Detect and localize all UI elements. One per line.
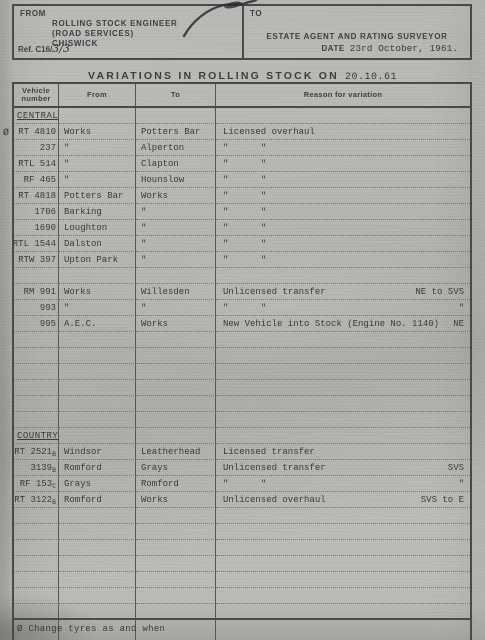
- vehicle-number: 995: [40, 319, 56, 330]
- from-label: FROM: [20, 9, 46, 18]
- reference-number: Ref. C16/3/3: [18, 42, 70, 55]
- cell-from: [59, 348, 136, 364]
- cell-vehicle-number: [14, 268, 59, 284]
- cell-vehicle-number: [14, 396, 59, 412]
- table-row: [14, 572, 470, 588]
- cell-to: [136, 572, 216, 588]
- cell-to: [136, 428, 216, 444]
- cell-from: [59, 508, 136, 524]
- cell-from: [59, 540, 136, 556]
- vehicle-number-suffix: B: [52, 500, 56, 506]
- cell-to: Works: [136, 316, 216, 332]
- cell-reason: [216, 620, 470, 640]
- cell-to: ": [136, 236, 216, 252]
- cell-vehicle-number: RM 991: [14, 284, 59, 300]
- reason-text: " ": [223, 223, 266, 234]
- table-row: [14, 380, 470, 396]
- to-box: TO ESTATE AGENT AND RATING SURVEYOR DATE…: [244, 6, 470, 58]
- table-row: Ø RT 4810 Works Potters Bar Licensed ove…: [14, 124, 470, 140]
- row-margin-symbol: Ø: [3, 128, 9, 139]
- cell-reason: " ": [216, 172, 470, 188]
- cell-to: Willesden: [136, 284, 216, 300]
- cell-reason: " ": [216, 188, 470, 204]
- vehicle-number-suffix: B: [52, 468, 56, 474]
- reason-text: " ": [223, 191, 266, 202]
- cell-reason: " ": [216, 156, 470, 172]
- vehicle-number: COUNTRY: [17, 431, 58, 442]
- cell-from: [59, 412, 136, 428]
- from-address: ROLLING STOCK ENGINEER (ROAD SERVICES) C…: [52, 19, 177, 49]
- cell-from: [59, 364, 136, 380]
- from-line-3: CHISWICK: [52, 39, 177, 49]
- table-row: [14, 540, 470, 556]
- cell-reason: [216, 556, 470, 572]
- cell-from: [59, 108, 136, 124]
- cell-to: ": [136, 204, 216, 220]
- cell-reason: Unlicensed transferSVS: [216, 460, 470, 476]
- cell-vehicle-number: COUNTRY: [14, 428, 59, 444]
- cell-from: [59, 332, 136, 348]
- reason-text: " ": [223, 143, 266, 154]
- cell-vehicle-number: RTL 1544: [14, 236, 59, 252]
- table-row: 1690 Loughton " " ": [14, 220, 470, 236]
- cell-from: [59, 428, 136, 444]
- cell-to: [136, 540, 216, 556]
- cell-reason: [216, 268, 470, 284]
- cell-vehicle-number: [14, 348, 59, 364]
- table-row: 3139B Romford Grays Unlicensed transferS…: [14, 460, 470, 476]
- cell-vehicle-number: 1690: [14, 220, 59, 236]
- from-line-2: (ROAD SERVICES): [52, 29, 177, 39]
- column-header-from: From: [59, 84, 136, 106]
- header-box: FROM ROLLING STOCK ENGINEER (ROAD SERVIC…: [12, 4, 472, 60]
- table-row: [14, 588, 470, 604]
- table-row: RTL 1544 Dalston " " ": [14, 236, 470, 252]
- vehicle-number: RM 991: [24, 287, 56, 298]
- cell-to: [136, 364, 216, 380]
- cell-reason: [216, 412, 470, 428]
- from-line-1: ROLLING STOCK ENGINEER: [52, 19, 177, 29]
- cell-to: [136, 348, 216, 364]
- cell-vehicle-number: 993: [14, 300, 59, 316]
- table-row: 995 A.E.C. Works New Vehicle into Stock …: [14, 316, 470, 332]
- cell-from: Works: [59, 284, 136, 300]
- cell-from: Loughton: [59, 220, 136, 236]
- cell-from: Barking: [59, 204, 136, 220]
- cell-vehicle-number: RT 4810: [14, 124, 59, 140]
- date-value: 23rd October, 1961.: [350, 43, 458, 54]
- reason-right-note: SVS: [448, 463, 464, 474]
- reason-text: New Vehicle into Stock (Engine No. 1140): [223, 319, 439, 330]
- cell-to: ": [136, 300, 216, 316]
- ref-printed: Ref. C16/: [18, 45, 52, 54]
- cell-vehicle-number: [14, 380, 59, 396]
- cell-to: [136, 268, 216, 284]
- reason-right-note: NE to SVS: [415, 287, 464, 298]
- cell-to: Works: [136, 188, 216, 204]
- cell-to: Alperton: [136, 140, 216, 156]
- cell-from: [59, 572, 136, 588]
- vehicle-number: CENTRAL: [17, 111, 58, 122]
- table-row: RTW 397 Upton Park " " ": [14, 252, 470, 268]
- cell-from: ": [59, 156, 136, 172]
- cell-to: Romford: [136, 476, 216, 492]
- cell-to: [136, 556, 216, 572]
- reason-right-note: NE: [453, 319, 464, 330]
- reason-text: " ": [223, 175, 266, 186]
- from-box: FROM ROLLING STOCK ENGINEER (ROAD SERVIC…: [14, 6, 244, 58]
- table-row: [14, 524, 470, 540]
- cell-reason: " "": [216, 476, 470, 492]
- reason-text: " ": [223, 239, 266, 250]
- title-printed-text: VARIATIONS IN ROLLING STOCK ON: [88, 70, 339, 82]
- cell-reason: " ": [216, 220, 470, 236]
- cell-from: ": [59, 140, 136, 156]
- table-row: [14, 412, 470, 428]
- reason-right-note: ": [459, 303, 464, 314]
- cell-vehicle-number: [14, 412, 59, 428]
- reason-right-note: SVS to E: [421, 495, 464, 506]
- cell-reason: " ": [216, 252, 470, 268]
- table-row: [14, 396, 470, 412]
- column-header-vehicle-number: Vehicle number: [14, 84, 59, 106]
- table-row: RTL 514 " Clapton " ": [14, 156, 470, 172]
- table-row: RF 153C Grays Romford " "": [14, 476, 470, 492]
- cell-vehicle-number: CENTRAL: [14, 108, 59, 124]
- cell-from: A.E.C.: [59, 316, 136, 332]
- cell-reason: [216, 508, 470, 524]
- cell-reason: [216, 540, 470, 556]
- vehicle-number: RT 2521: [14, 447, 52, 458]
- table-header-row: Vehicle number From To Reason for variat…: [14, 84, 470, 108]
- cell-vehicle-number: RF 153C: [14, 476, 59, 492]
- cell-from: [59, 588, 136, 604]
- column-header-reason: Reason for variation: [216, 84, 470, 106]
- cell-vehicle-number: [14, 524, 59, 540]
- vehicle-number: RTL 514: [18, 159, 56, 170]
- vehicle-number: RF 465: [24, 175, 56, 186]
- reason-text: " ": [223, 159, 266, 170]
- cell-to: [136, 588, 216, 604]
- cell-reason: [216, 108, 470, 124]
- cell-to: Grays: [136, 460, 216, 476]
- reason-text: " ": [223, 207, 266, 218]
- cell-to: [136, 508, 216, 524]
- cell-reason: " ": [216, 140, 470, 156]
- cell-vehicle-number: 3139B: [14, 460, 59, 476]
- cell-vehicle-number: RTW 397: [14, 252, 59, 268]
- reason-text: " ": [223, 479, 266, 490]
- cell-from: [59, 604, 136, 620]
- vehicle-number: 1706: [34, 207, 56, 218]
- cell-to: Hounslow: [136, 172, 216, 188]
- cell-to: Clapton: [136, 156, 216, 172]
- table-row: [14, 348, 470, 364]
- date-label: DATE: [321, 44, 344, 53]
- cell-to: ": [136, 220, 216, 236]
- cell-vehicle-number: [14, 508, 59, 524]
- cell-from: [59, 380, 136, 396]
- cell-reason: [216, 332, 470, 348]
- column-header-to: To: [136, 84, 216, 106]
- cell-from: Works: [59, 124, 136, 140]
- cell-to: ": [136, 252, 216, 268]
- cell-reason: Licensed overhaul: [216, 124, 470, 140]
- cell-from: ": [59, 172, 136, 188]
- table-row: 993 " " " "": [14, 300, 470, 316]
- cell-vehicle-number: RT 3122B: [14, 492, 59, 508]
- cell-reason: [216, 604, 470, 620]
- table-row: [14, 268, 470, 284]
- table-body: CENTRAL Ø RT 4810 Works Potters Bar Lice…: [14, 108, 470, 640]
- cell-vehicle-number: [14, 588, 59, 604]
- cell-vehicle-number: [14, 604, 59, 620]
- cell-reason: " "": [216, 300, 470, 316]
- reason-text: " ": [223, 255, 266, 266]
- cell-to: [136, 412, 216, 428]
- cell-from: [59, 556, 136, 572]
- scanned-document-page: FROM ROLLING STOCK ENGINEER (ROAD SERVIC…: [0, 0, 485, 640]
- cell-from: Upton Park: [59, 252, 136, 268]
- table-row: COUNTRY: [14, 428, 470, 444]
- cell-reason: [216, 572, 470, 588]
- cell-vehicle-number: RT 2521B: [14, 444, 59, 460]
- cell-from: [59, 396, 136, 412]
- reason-text: Unlicensed transfer: [223, 287, 326, 298]
- cell-vehicle-number: 1706: [14, 204, 59, 220]
- cell-from: Grays: [59, 476, 136, 492]
- table-row: [14, 556, 470, 572]
- cell-reason: [216, 588, 470, 604]
- reason-text: Licensed overhaul: [223, 127, 315, 138]
- cell-from: Romford: [59, 460, 136, 476]
- vehicle-number: 1690: [34, 223, 56, 234]
- reason-text: Unlicensed overhaul: [223, 495, 326, 506]
- cell-reason: [216, 524, 470, 540]
- cell-reason: New Vehicle into Stock (Engine No. 1140)…: [216, 316, 470, 332]
- cell-vehicle-number: RTL 514: [14, 156, 59, 172]
- reason-text: Licensed transfer: [223, 447, 315, 458]
- cell-to: [136, 396, 216, 412]
- cell-to: [136, 332, 216, 348]
- cell-reason: Unlicensed overhaulSVS to E: [216, 492, 470, 508]
- cell-reason: [216, 396, 470, 412]
- cell-vehicle-number: 237: [14, 140, 59, 156]
- cell-vehicle-number: [14, 572, 59, 588]
- vehicle-number: RTW 397: [18, 255, 56, 266]
- cell-vehicle-number: [14, 364, 59, 380]
- cell-to: Potters Bar: [136, 124, 216, 140]
- cell-from: Potters Bar: [59, 188, 136, 204]
- cell-reason: Unlicensed transferNE to SVS: [216, 284, 470, 300]
- variations-table: Vehicle number From To Reason for variat…: [12, 82, 472, 640]
- cell-vehicle-number: RT 4818: [14, 188, 59, 204]
- cell-reason: " ": [216, 204, 470, 220]
- cell-to: Works: [136, 492, 216, 508]
- to-addressee: ESTATE AGENT AND RATING SURVEYOR: [244, 32, 470, 41]
- cell-from: Dalston: [59, 236, 136, 252]
- cell-reason: " ": [216, 236, 470, 252]
- cell-to: Leatherhead: [136, 444, 216, 460]
- cell-from: [59, 268, 136, 284]
- ref-handwritten: 3/3: [52, 42, 70, 55]
- table-row: CENTRAL: [14, 108, 470, 124]
- vehicle-number-suffix: C: [52, 484, 56, 490]
- cell-reason: [216, 380, 470, 396]
- table-row: [14, 364, 470, 380]
- vehicle-number: RT 3122: [14, 495, 52, 506]
- table-row: [14, 508, 470, 524]
- vehicle-number: 3139: [30, 463, 52, 474]
- cell-vehicle-number: 995: [14, 316, 59, 332]
- footnote-change-tyres: Ø Change tyres as and when: [17, 624, 165, 634]
- table-row: 237 " Alperton " ": [14, 140, 470, 156]
- reason-text: " ": [223, 303, 266, 314]
- cell-vehicle-number: [14, 540, 59, 556]
- table-row: RT 3122B Romford Works Unlicensed overha…: [14, 492, 470, 508]
- table-row: RT 2521B Windsor Leatherhead Licensed tr…: [14, 444, 470, 460]
- cell-reason: [216, 348, 470, 364]
- table-row: [14, 604, 470, 620]
- cell-vehicle-number: RF 465: [14, 172, 59, 188]
- cell-from: [59, 524, 136, 540]
- cell-from: Windsor: [59, 444, 136, 460]
- table-row: 1706 Barking " " ": [14, 204, 470, 220]
- to-label: TO: [250, 9, 262, 18]
- cell-reason: [216, 364, 470, 380]
- cell-from: Romford: [59, 492, 136, 508]
- table-row: [14, 332, 470, 348]
- date-line: DATE23rd October, 1961.: [321, 43, 458, 54]
- cell-to: [136, 524, 216, 540]
- vehicle-number-suffix: B: [52, 452, 56, 458]
- vehicle-number: 993: [40, 303, 56, 314]
- cell-vehicle-number: [14, 332, 59, 348]
- vehicle-number: RT 4818: [18, 191, 56, 202]
- cell-vehicle-number: [14, 556, 59, 572]
- cell-to: [136, 604, 216, 620]
- table-row: RF 465 " Hounslow " ": [14, 172, 470, 188]
- table-row: RT 4818 Potters Bar Works " ": [14, 188, 470, 204]
- vehicle-number: RF 153: [20, 479, 52, 490]
- cell-reason: [216, 428, 470, 444]
- reason-text: Unlicensed transfer: [223, 463, 326, 474]
- table-row: RM 991 Works Willesden Unlicensed transf…: [14, 284, 470, 300]
- cell-from: ": [59, 300, 136, 316]
- cell-reason: Licensed transfer: [216, 444, 470, 460]
- reason-right-note: ": [459, 479, 464, 490]
- vehicle-number: 237: [40, 143, 56, 154]
- cell-to: [136, 108, 216, 124]
- vehicle-number: RT 4810: [18, 127, 56, 138]
- cell-to: [136, 380, 216, 396]
- vehicle-number: RTL 1544: [13, 239, 56, 250]
